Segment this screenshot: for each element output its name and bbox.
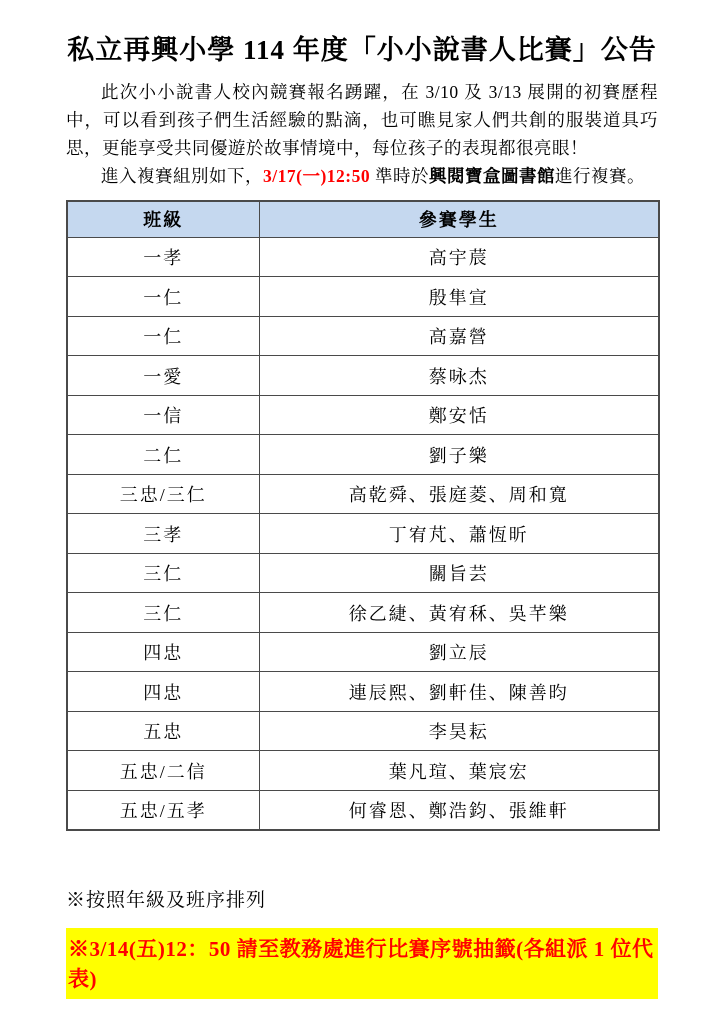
schedule-datetime: 3/17(一)12:50 — [263, 166, 370, 186]
class-cell: 四忠 — [67, 632, 259, 672]
class-cell: 五忠/五孝 — [67, 790, 259, 830]
class-cell: 三孝 — [67, 514, 259, 554]
note-sort-order: ※按照年級及班序排列 — [66, 885, 658, 912]
students-cell: 葉凡瑄、葉宸宏 — [259, 751, 659, 791]
schedule-prefix: 進入複賽組別如下， — [101, 166, 263, 186]
class-cell: 三忠/三仁 — [67, 474, 259, 514]
table-header-class: 班級 — [67, 201, 259, 238]
table-row: 一信鄭安恬 — [67, 395, 659, 435]
page-title: 私立再興小學 114 年度「小小說書人比賽」公告 — [66, 34, 658, 68]
schedule-line: 進入複賽組別如下，3/17(一)12:50 準時於興閱寶盒圖書館進行複賽。 — [66, 162, 658, 190]
intro-paragraph: 此次小小說書人校內競賽報名踴躍，在 3/10 及 3/13 展開的初賽歷程中，可… — [66, 78, 658, 162]
table-row: 四忠劉立辰 — [67, 632, 659, 672]
class-cell: 三仁 — [67, 593, 259, 633]
class-cell: 五忠/二信 — [67, 751, 259, 791]
students-cell: 關旨芸 — [259, 553, 659, 593]
students-cell: 劉子樂 — [259, 435, 659, 475]
table-row: 一仁殷隼宣 — [67, 277, 659, 317]
schedule-middle: 準時於 — [370, 166, 429, 186]
schedule-suffix: 進行複賽。 — [555, 166, 645, 186]
announcement-document: 私立再興小學 114 年度「小小說書人比賽」公告 此次小小說書人校內競賽報名踴躍… — [0, 0, 724, 1024]
note-lottery-highlighted: ※3/14(五)12：50 請至教務處進行比賽序號抽籤(各組派 1 位代表) — [66, 928, 658, 999]
schedule-location: 興閱寶盒圖書館 — [429, 166, 555, 186]
table-row: 三仁徐乙緁、黃宥秝、吳芊樂 — [67, 593, 659, 633]
class-cell: 五忠 — [67, 711, 259, 751]
students-cell: 高乾舜、張庭菱、周和寬 — [259, 474, 659, 514]
class-cell: 一仁 — [67, 316, 259, 356]
table-row: 一孝高宇莀 — [67, 237, 659, 277]
class-cell: 四忠 — [67, 672, 259, 712]
students-cell: 何睿恩、鄭浩鈞、張維軒 — [259, 790, 659, 830]
class-cell: 三仁 — [67, 553, 259, 593]
table-row: 五忠/五孝何睿恩、鄭浩鈞、張維軒 — [67, 790, 659, 830]
students-cell: 連辰熙、劉軒佳、陳善昀 — [259, 672, 659, 712]
students-cell: 徐乙緁、黃宥秝、吳芊樂 — [259, 593, 659, 633]
class-cell: 一仁 — [67, 277, 259, 317]
table-row: 三仁關旨芸 — [67, 553, 659, 593]
students-cell: 蔡咏杰 — [259, 356, 659, 396]
table-row: 三孝丁宥芃、蕭恆昕 — [67, 514, 659, 554]
students-cell: 高宇莀 — [259, 237, 659, 277]
class-cell: 二仁 — [67, 435, 259, 475]
students-cell: 鄭安恬 — [259, 395, 659, 435]
table-row: 四忠連辰熙、劉軒佳、陳善昀 — [67, 672, 659, 712]
roster-table: 班級 參賽學生 一孝高宇莀一仁殷隼宣一仁高嘉營一愛蔡咏杰一信鄭安恬二仁劉子樂三忠… — [66, 200, 660, 832]
students-cell: 李昊耘 — [259, 711, 659, 751]
students-cell: 高嘉營 — [259, 316, 659, 356]
class-cell: 一孝 — [67, 237, 259, 277]
table-row: 一仁高嘉營 — [67, 316, 659, 356]
students-cell: 丁宥芃、蕭恆昕 — [259, 514, 659, 554]
table-row: 三忠/三仁高乾舜、張庭菱、周和寬 — [67, 474, 659, 514]
table-row: 一愛蔡咏杰 — [67, 356, 659, 396]
class-cell: 一信 — [67, 395, 259, 435]
table-row: 五忠李昊耘 — [67, 711, 659, 751]
students-cell: 殷隼宣 — [259, 277, 659, 317]
note-lottery-wrap: ※3/14(五)12：50 請至教務處進行比賽序號抽籤(各組派 1 位代表) — [66, 928, 658, 999]
table-header-row: 班級 參賽學生 — [67, 201, 659, 238]
class-cell: 一愛 — [67, 356, 259, 396]
table-row: 二仁劉子樂 — [67, 435, 659, 475]
table-header-students: 參賽學生 — [259, 201, 659, 238]
table-row: 五忠/二信葉凡瑄、葉宸宏 — [67, 751, 659, 791]
students-cell: 劉立辰 — [259, 632, 659, 672]
roster-table-body: 一孝高宇莀一仁殷隼宣一仁高嘉營一愛蔡咏杰一信鄭安恬二仁劉子樂三忠/三仁高乾舜、張… — [67, 237, 659, 830]
